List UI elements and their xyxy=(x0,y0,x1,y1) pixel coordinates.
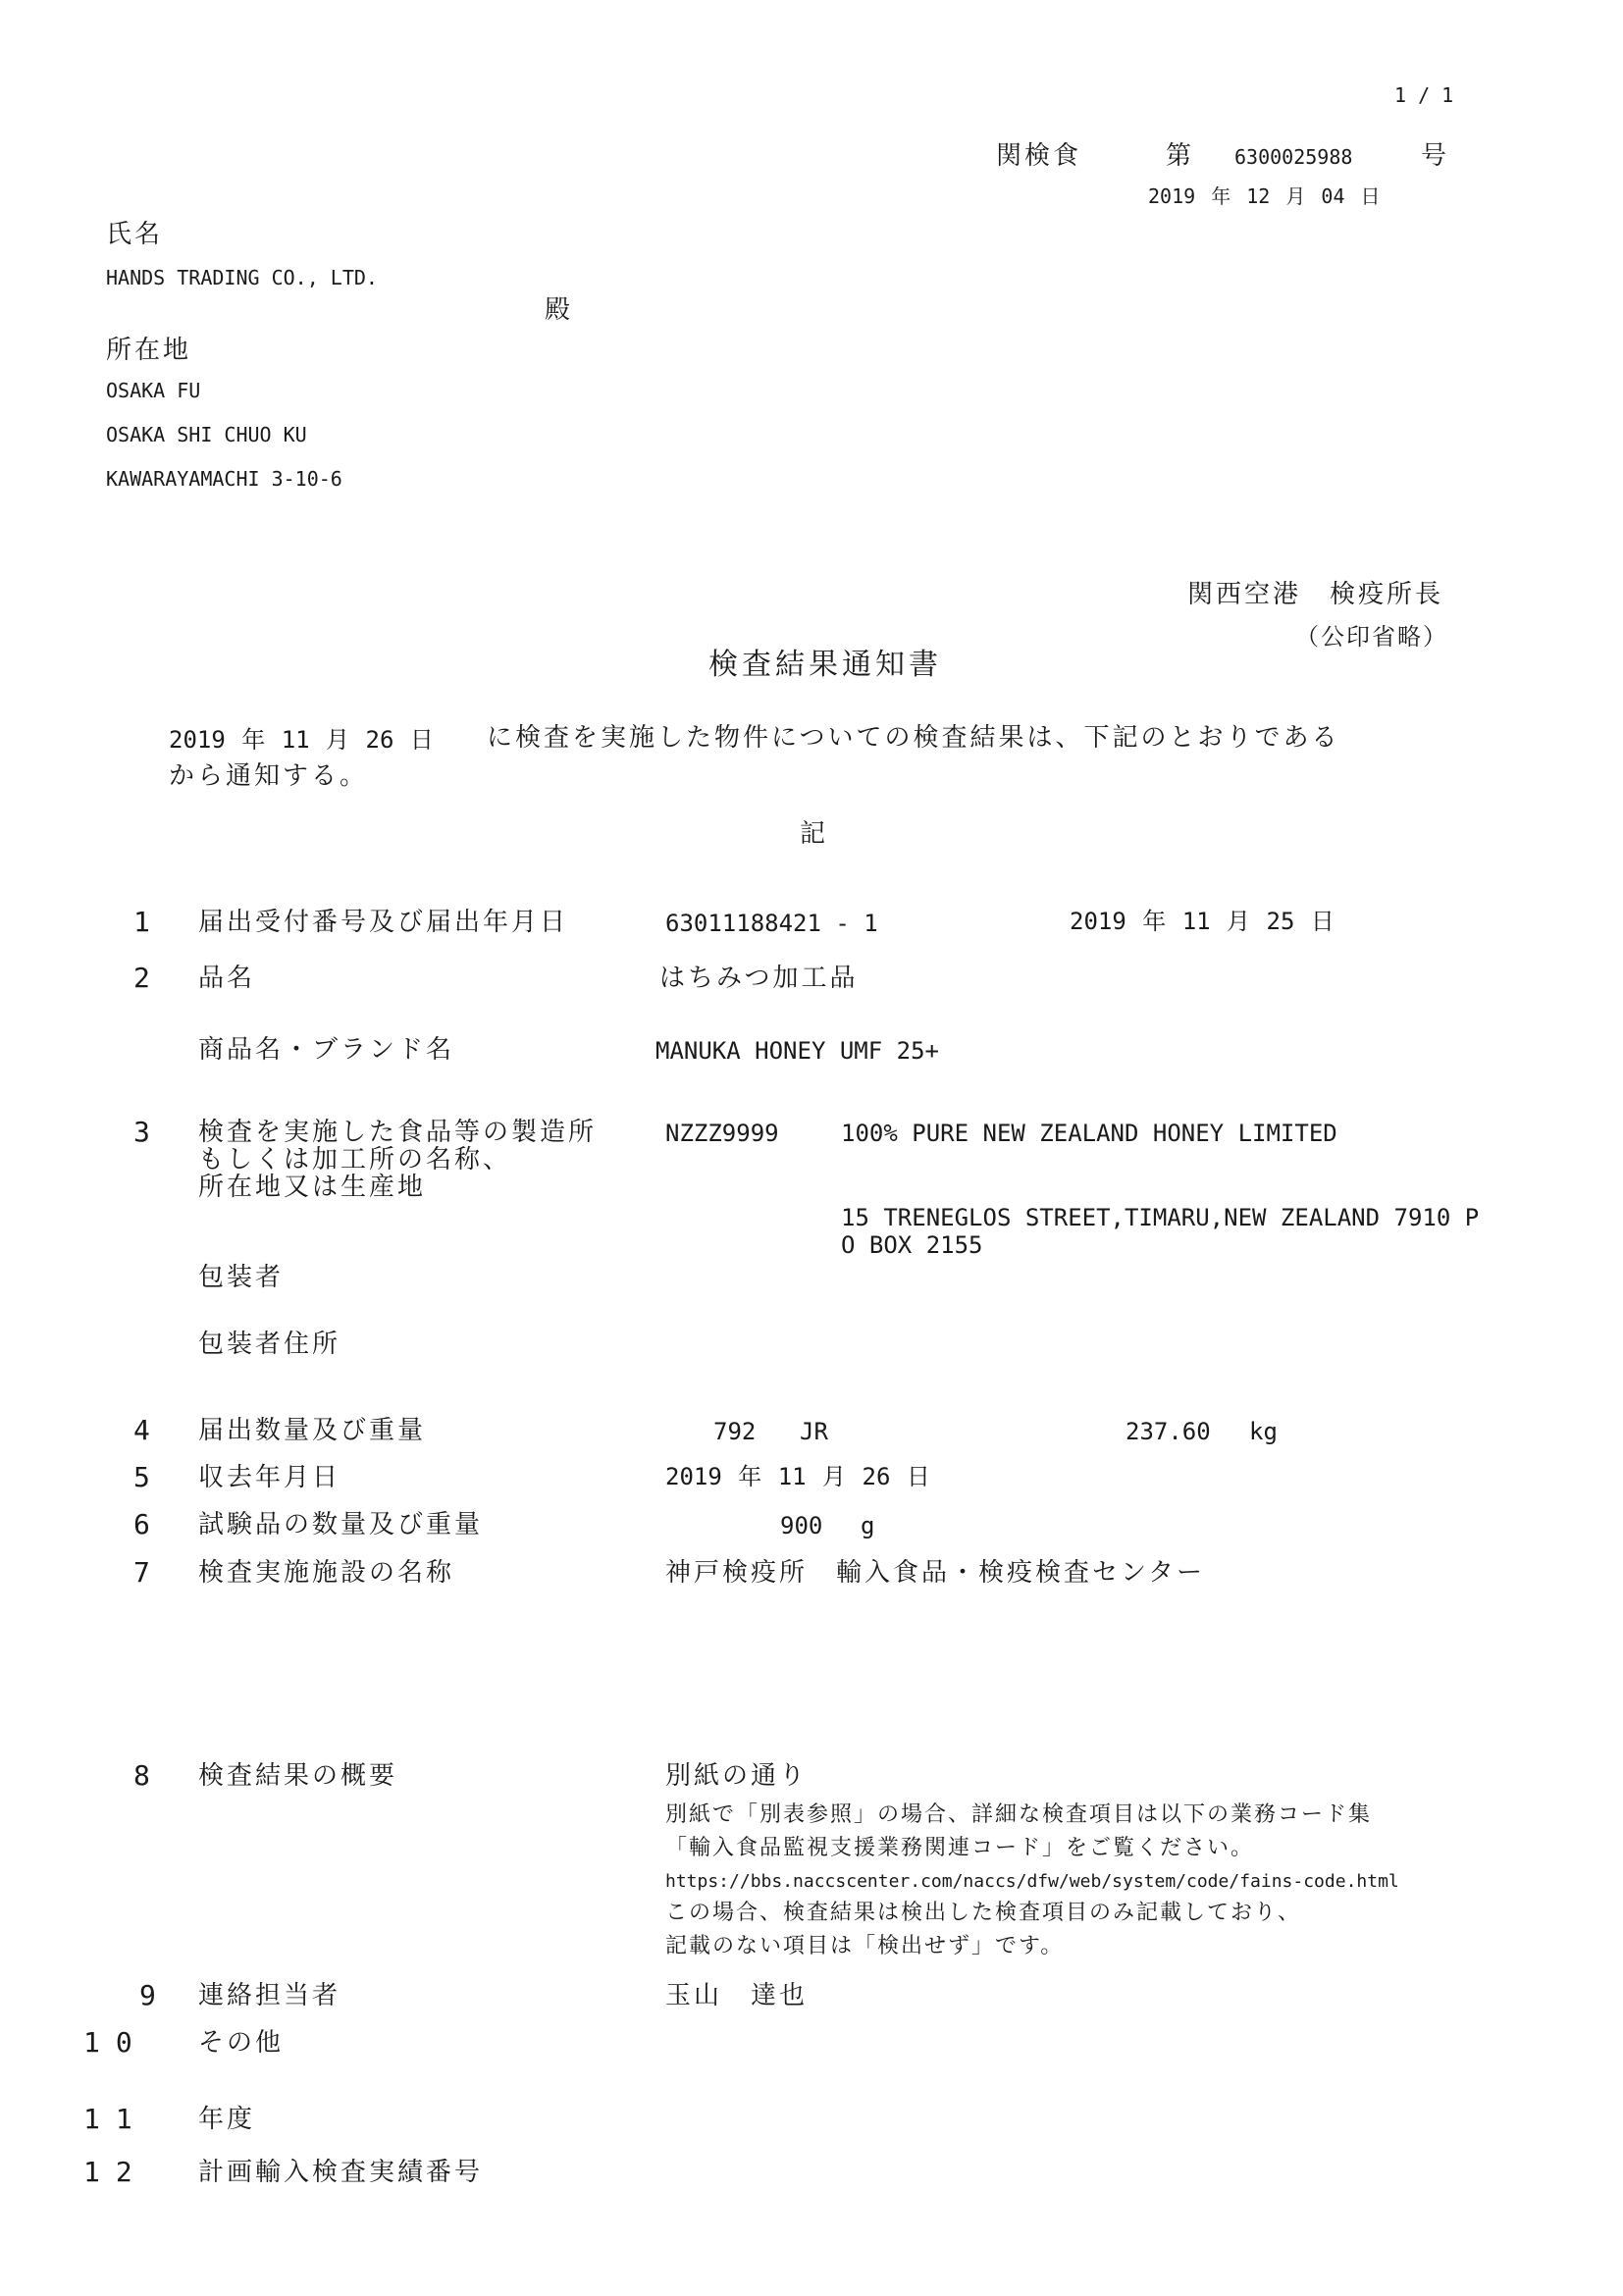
doc-number: 6300025988 xyxy=(1234,146,1352,168)
item-3-manufacturer-code: NZZZ9999 xyxy=(665,1121,779,1147)
item-8-result-summary: 別紙の通り xyxy=(665,1762,808,1791)
recipient-name-label: 氏名 xyxy=(106,221,163,249)
item-1-no: 1 xyxy=(133,907,150,937)
item-brand-value: MANUKA HONEY UMF 25+ xyxy=(655,1038,939,1065)
page-indicator: 1 / 1 xyxy=(1394,84,1453,106)
item-8-note-line: 「輸入食品監視支援業務関連コード」をご覧ください。 xyxy=(665,1837,1254,1861)
item-8-note-url: https://bbs.naccscenter.com/naccs/dfw/we… xyxy=(665,1872,1399,1892)
item-4-no: 4 xyxy=(133,1415,150,1445)
ki-marker: 記 xyxy=(800,820,828,849)
recipient-address-label: 所在地 xyxy=(106,337,191,365)
item-9-label: 連絡担当者 xyxy=(198,1982,340,2010)
item-7-no: 7 xyxy=(133,1557,150,1588)
body-line-2: から通知する。 xyxy=(169,762,368,791)
item-1-notification-number: 63011188421 - 1 xyxy=(665,911,878,937)
item-8-note-line: 別紙で「別表参照」の場合、詳細な検査項目は以下の業務コード集 xyxy=(665,1803,1372,1828)
item-8-label: 検査結果の概要 xyxy=(198,1762,397,1791)
item-3-manufacturer-address-line: 15 TRENEGLOS STREET,TIMARU,NEW ZEALAND 7… xyxy=(841,1205,1479,1231)
recipient-address-line: OSAKA FU xyxy=(106,380,200,401)
item-9-contact-person: 玉山 達也 xyxy=(665,1982,808,2010)
item-7-facility-name: 神戸検疫所 輸入食品・検疫検査センター xyxy=(665,1559,1205,1588)
body-line-1: に検査を実施した物件についての検査結果は、下記のとおりである xyxy=(487,724,1339,753)
honorific-dono: 殿 xyxy=(545,296,573,325)
item-5-label: 収去年月日 xyxy=(198,1464,340,1492)
item-8-no: 8 xyxy=(133,1760,150,1791)
item-12-label: 計画輸入検査実績番号 xyxy=(198,2159,483,2187)
item-brand-label: 商品名・ブランド名 xyxy=(198,1036,454,1065)
doc-number-suffix: 号 xyxy=(1421,142,1449,171)
item-3-no: 3 xyxy=(133,1117,150,1147)
item-4-weight-unit: kg xyxy=(1249,1419,1278,1445)
item-9-no: 9 xyxy=(139,1980,156,2010)
doc-classification: 関検食 xyxy=(996,142,1081,171)
item-4-quantity-unit: JR xyxy=(800,1419,828,1445)
item-1-notification-date: 2019 年 11 月 25 日 xyxy=(1070,909,1335,935)
item-12-no: 12 xyxy=(83,2157,148,2187)
item-7-label: 検査実施施設の名称 xyxy=(198,1559,454,1588)
item-3-packer-address-label: 包装者住所 xyxy=(198,1331,340,1359)
seal-omitted-note: （公印省略） xyxy=(1295,624,1448,651)
item-6-quantity: 900 xyxy=(780,1513,822,1539)
item-6-no: 6 xyxy=(133,1509,150,1539)
item-11-label: 年度 xyxy=(198,2106,255,2134)
item-3-label-line: もしくは加工所の名称、 xyxy=(198,1146,511,1174)
item-10-label: その他 xyxy=(198,2029,284,2058)
item-11-no: 11 xyxy=(83,2104,148,2134)
item-3-manufacturer-address-line: O BOX 2155 xyxy=(841,1232,983,1259)
item-3-label-line: 所在地又は生産地 xyxy=(198,1174,426,1202)
item-6-unit: g xyxy=(861,1513,874,1539)
item-2-product-name: はちみつ加工品 xyxy=(659,965,858,993)
issuer-title: 関西空港 検疫所長 xyxy=(1187,581,1443,609)
recipient-name: HANDS TRADING CO., LTD. xyxy=(106,267,378,288)
item-6-label: 試験品の数量及び重量 xyxy=(198,1511,483,1539)
item-4-quantity: 792 xyxy=(713,1419,756,1445)
recipient-address-line: KAWARAYAMACHI 3-10-6 xyxy=(106,468,342,490)
item-3-manufacturer-name: 100% PURE NEW ZEALAND HONEY LIMITED xyxy=(841,1121,1337,1147)
item-2-no: 2 xyxy=(133,963,150,993)
document-title: 検査結果通知書 xyxy=(708,649,942,682)
item-3-packer-label: 包装者 xyxy=(198,1264,284,1292)
item-8-note-line: 記載のない項目は「検出せず」です。 xyxy=(665,1935,1064,1959)
recipient-address-line: OSAKA SHI CHUO KU xyxy=(106,424,307,445)
item-5-no: 5 xyxy=(133,1462,150,1492)
scanned-inspection-notice-document: 1 / 1 関検食 第 6300025988 号 2019 年 12 月 04 … xyxy=(0,0,1623,2296)
item-5-sampling-date: 2019 年 11 月 26 日 xyxy=(665,1464,930,1490)
issue-date: 2019 年 12 月 04 日 xyxy=(1148,185,1381,207)
body-inspection-date: 2019 年 11 月 26 日 xyxy=(169,727,434,754)
item-3-label-line: 検査を実施した食品等の製造所 xyxy=(198,1119,597,1147)
item-8-note-line: この場合、検査結果は検出した検査項目のみ記載しており、 xyxy=(665,1902,1301,1926)
item-4-weight: 237.60 xyxy=(1126,1419,1211,1445)
item-1-label: 届出受付番号及び届出年月日 xyxy=(198,909,568,937)
item-4-label: 届出数量及び重量 xyxy=(198,1417,426,1445)
doc-number-prefix: 第 xyxy=(1166,142,1194,171)
item-2-label: 品名 xyxy=(198,965,255,993)
item-10-no: 10 xyxy=(83,2027,148,2058)
